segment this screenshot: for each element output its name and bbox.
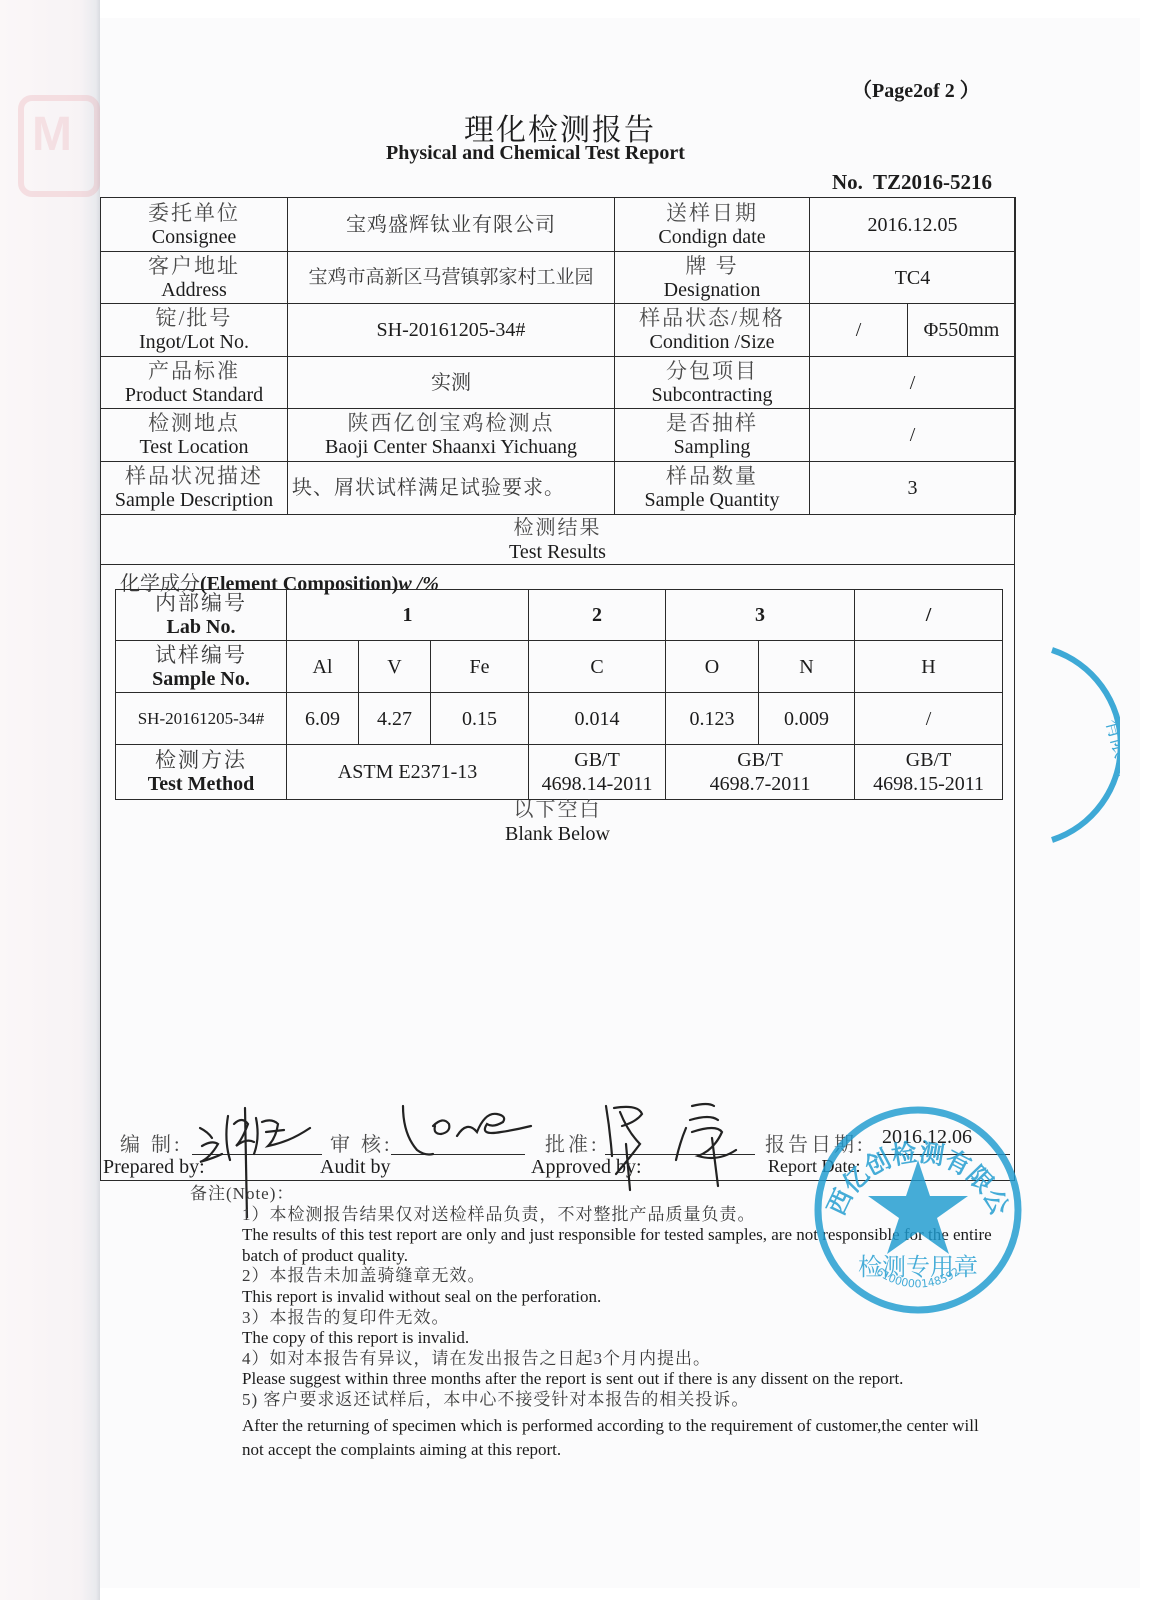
sampling-label: 是否抽样Sampling xyxy=(615,409,810,462)
prepared-by-label-cn: 编 制: xyxy=(120,1128,183,1157)
lab-no-label: 内部编号Lab No. xyxy=(116,590,287,641)
test-results-heading: 检测结果 Test Results xyxy=(100,516,1015,564)
note-3-en: The copy of this report is invalid. xyxy=(242,1328,1002,1349)
element-o: O xyxy=(666,641,759,693)
results-divider xyxy=(100,564,1015,565)
table-row: SH-20161205-34# 6.09 4.27 0.15 0.014 0.1… xyxy=(116,693,1003,745)
test-location-value: 陕西亿创宝鸡检测点Baoji Center Shaanxi Yichuang xyxy=(288,409,615,462)
lab-no-1: 1 xyxy=(287,590,529,641)
lab-no-4: / xyxy=(855,590,1003,641)
sample-info-table: 委托单位Consignee 宝鸡盛辉钛业有限公司 送样日期Condign dat… xyxy=(100,197,1016,515)
consignee-label: 委托单位Consignee xyxy=(101,198,288,252)
sample-description-value: 块、屑状试样满足试验要求。 xyxy=(288,462,615,515)
size-value: Φ550mm xyxy=(908,304,1016,357)
perforation-seal-stamp: 有限公司 xyxy=(1040,640,1120,850)
test-method-row: 检测方法Test Method ASTM E2371-13 GB/T4698.1… xyxy=(116,745,1003,800)
element-header-row: 试样编号Sample No. Al V Fe C O N H xyxy=(116,641,1003,693)
test-method-astm: ASTM E2371-13 xyxy=(287,745,529,800)
element-n: N xyxy=(759,641,855,693)
sample-quantity-label: 样品数量Sample Quantity xyxy=(615,462,810,515)
subcontracting-value: / xyxy=(810,357,1016,409)
subcontracting-label: 分包项目Subcontracting xyxy=(615,357,810,409)
value-n: 0.009 xyxy=(759,693,855,745)
element-v: V xyxy=(359,641,431,693)
designation-label: 牌 号Designation xyxy=(615,252,810,304)
sample-description-label: 样品状况描述Sample Description xyxy=(101,462,288,515)
audit-by-label-cn: 审 核: xyxy=(330,1128,393,1157)
scan-left-margin xyxy=(0,0,100,1600)
test-location-label: 检测地点Test Location xyxy=(101,409,288,462)
sample-no-label: 试样编号Sample No. xyxy=(116,641,287,693)
test-method-label: 检测方法Test Method xyxy=(116,745,287,800)
lab-no-row: 内部编号Lab No. 1 2 3 / xyxy=(116,590,1003,641)
sample-id: SH-20161205-34# xyxy=(116,693,287,745)
lab-no-2: 2 xyxy=(529,590,666,641)
approved-by-label-cn: 批准: xyxy=(545,1128,600,1157)
element-fe: Fe xyxy=(431,641,529,693)
address-value: 宝鸡市高新区马营镇郭家村工业园 xyxy=(288,252,615,304)
note-5-en: After the returning of specimen which is… xyxy=(242,1414,1002,1462)
note-5-cn: 5) 客户要求返还试样后，本中心不接受针对本报告的相关投诉。 xyxy=(242,1390,1002,1411)
element-h: H xyxy=(855,641,1003,693)
value-h: / xyxy=(855,693,1003,745)
report-number-label: No. xyxy=(832,170,863,194)
value-v: 4.27 xyxy=(359,693,431,745)
element-al: Al xyxy=(287,641,359,693)
audit-by-label-en: Audit by xyxy=(320,1156,391,1179)
approved-by-signature xyxy=(600,1098,760,1198)
condign-date-value: 2016.12.05 xyxy=(810,198,1016,252)
product-standard-value: 实测 xyxy=(288,357,615,409)
blank-below-marker: 以下空白 Blank Below xyxy=(100,798,1015,846)
lot-no-value: SH-20161205-34# xyxy=(288,304,615,357)
designation-value: TC4 xyxy=(810,252,1016,304)
test-method-on: GB/T4698.7-2011 xyxy=(666,745,855,800)
test-method-h: GB/T4698.15-2011 xyxy=(855,745,1003,800)
product-standard-label: 产品标准Product Standard xyxy=(101,357,288,409)
faint-red-stamp-mark xyxy=(18,95,100,197)
sampling-value: / xyxy=(810,409,1016,462)
value-al: 6.09 xyxy=(287,693,359,745)
sample-quantity-value: 3 xyxy=(810,462,1016,515)
value-c: 0.014 xyxy=(529,693,666,745)
note-4-en: Please suggest within three months after… xyxy=(242,1369,1002,1390)
value-fe: 0.15 xyxy=(431,693,529,745)
address-label: 客户地址Address xyxy=(101,252,288,304)
report-number-value: TZ2016-5216 xyxy=(873,170,992,194)
element-c: C xyxy=(529,641,666,693)
inspection-seal-stamp: 陕西亿创检测有限公司 检测专用章 6100000148592 xyxy=(808,1100,1028,1320)
condition-value: / xyxy=(810,304,908,357)
page-indicator: （Page2of 2 ） xyxy=(852,74,980,103)
lot-no-label: 锭/批号Ingot/Lot No. xyxy=(101,304,288,357)
value-o: 0.123 xyxy=(666,693,759,745)
condign-date-label: 送样日期Condign date xyxy=(615,198,810,252)
test-method-c: GB/T4698.14-2011 xyxy=(529,745,666,800)
audit-by-signature xyxy=(395,1098,535,1158)
consignee-value: 宝鸡盛辉钛业有限公司 xyxy=(288,198,615,252)
composition-table: 内部编号Lab No. 1 2 3 / 试样编号Sample No. Al V … xyxy=(115,589,1003,800)
report-title-en: Physical and Chemical Test Report xyxy=(386,142,685,165)
note-4-cn: 4）如对本报告有异议，请在发出报告之日起3个月内提出。 xyxy=(242,1349,1002,1370)
condition-size-label: 样品状态/规格Condition /Size xyxy=(615,304,810,357)
lab-no-3: 3 xyxy=(666,590,855,641)
report-number: No. TZ2016-5216 xyxy=(832,170,992,195)
